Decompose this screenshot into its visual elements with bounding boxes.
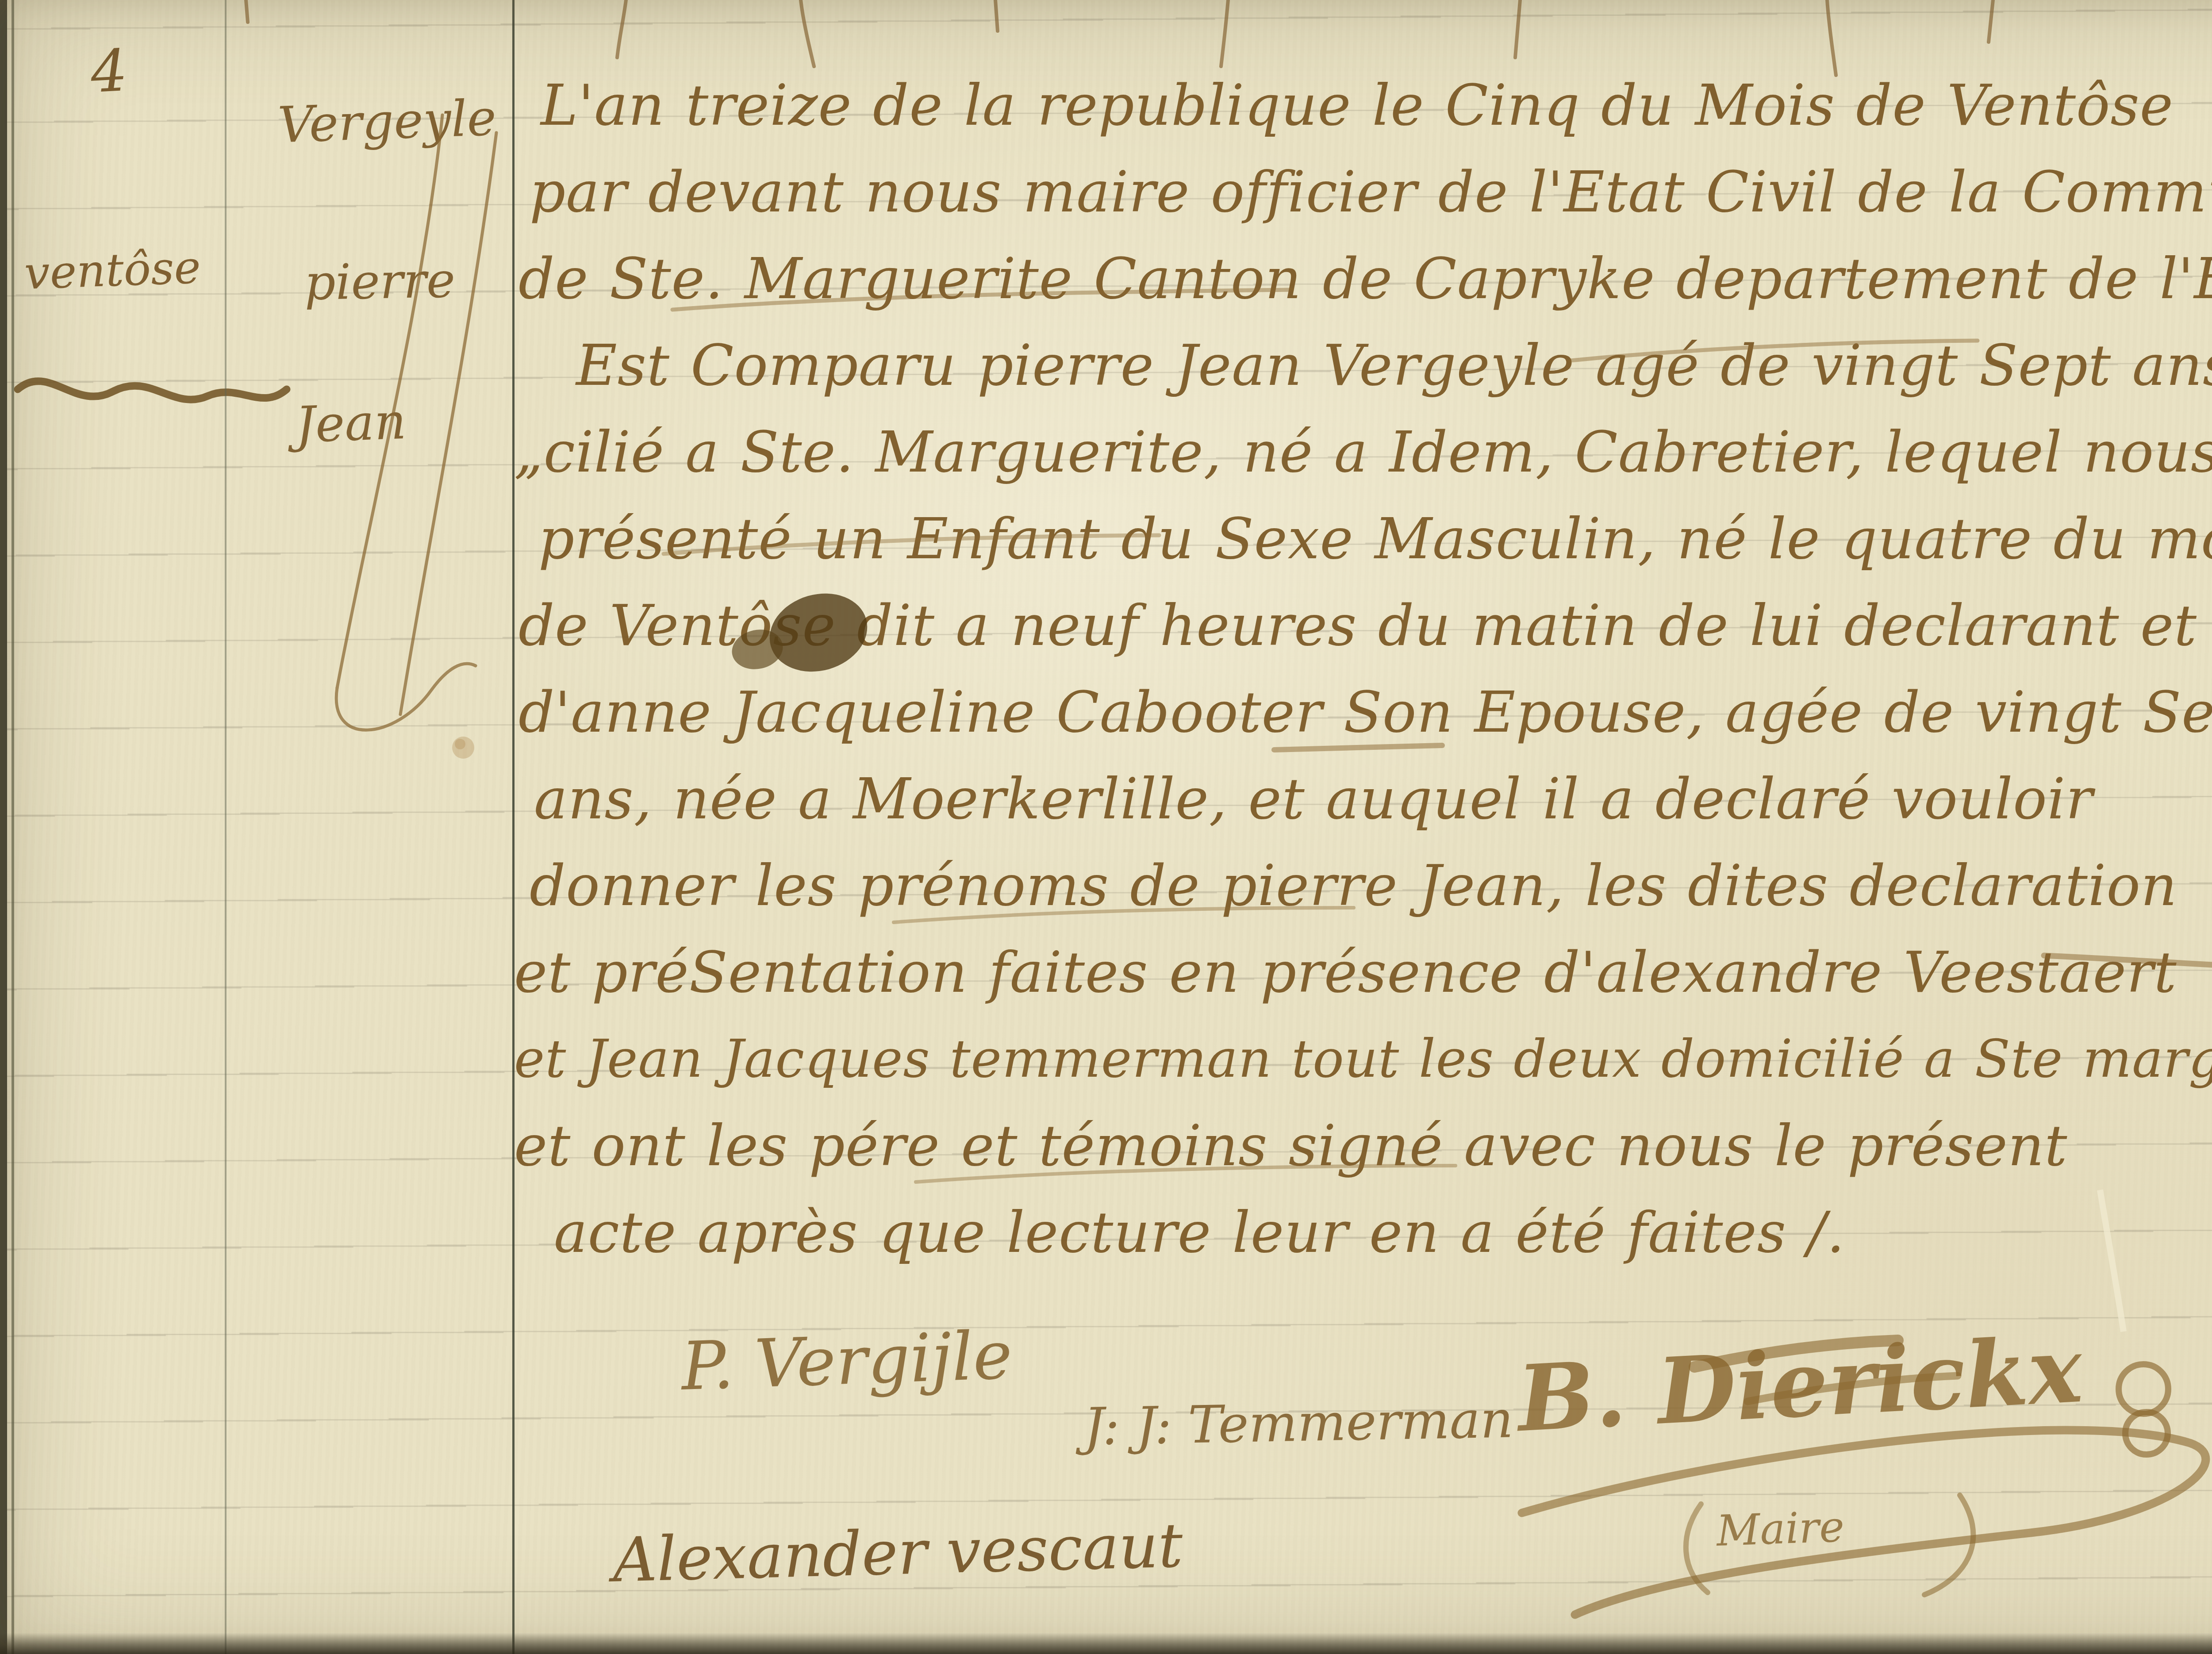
act-line: de Ste. Marguerite Canton de Capryke dep… [518,235,2212,322]
act-line: ans, née a Moerkerlille, et auquel il a … [534,756,2212,842]
signature-witness-alexander: Alexander vescaut [612,1510,1183,1596]
act-line: „cilié a Ste. Marguerite, né a Idem, Cab… [514,409,2212,495]
page-left-edge-rule [0,0,7,1654]
act-body: L'an treize de la republique le Cinq du … [514,62,2212,1276]
margin-squiggle-flourish [18,381,287,400]
act-line: donner les prénoms de pierre Jean, les d… [530,842,2212,929]
act-line: et ont les pére et témoins signé avec no… [514,1102,2212,1189]
name-column-surname: Vergeyle [277,89,497,154]
signature-mayor: B. Dierickx [1515,1317,2085,1453]
margin-entry-number: 4 [89,37,129,106]
page-left-edge-rule-2 [12,0,14,1654]
act-line: L'an treize de la republique le Cinq du … [541,62,2212,149]
signature-witness-temmerman: J: J: Temmerman [1083,1390,1514,1457]
act-line: présenté un Enfant du Sexe Masculin, né … [538,495,2212,582]
register-page: 4 ventôse Vergeyle pierre Jean L'an trei… [0,0,2212,1654]
name-column-middlename: Jean [295,393,407,454]
act-line: Est Comparu pierre Jean Vergeyle agé de … [576,322,2212,409]
act-line: et Jean Jacques temmerman tout les deux … [514,1016,2212,1102]
act-line: de Ventôse dit a neuf heures du matin de… [518,582,2212,669]
act-line: par devant nous maire officier de l'Etat… [530,149,2212,235]
name-column-rule [512,0,515,1654]
margin-column-rule [225,0,227,1654]
margin-entry-month: ventôse [23,241,202,300]
act-line: d'anne Jacqueline Cabooter Son Epouse, a… [518,669,2212,756]
act-line: et préSentation faites en présence d'ale… [514,929,2212,1016]
page-bottom-edge-shadow [0,1633,2212,1654]
signature-father: P. Vergijle [680,1317,1014,1405]
act-line: acte après que lecture leur en a été fai… [554,1189,2212,1276]
signature-mayor-role: Maire [1716,1502,1845,1556]
name-column-firstname: pierre [304,252,456,311]
